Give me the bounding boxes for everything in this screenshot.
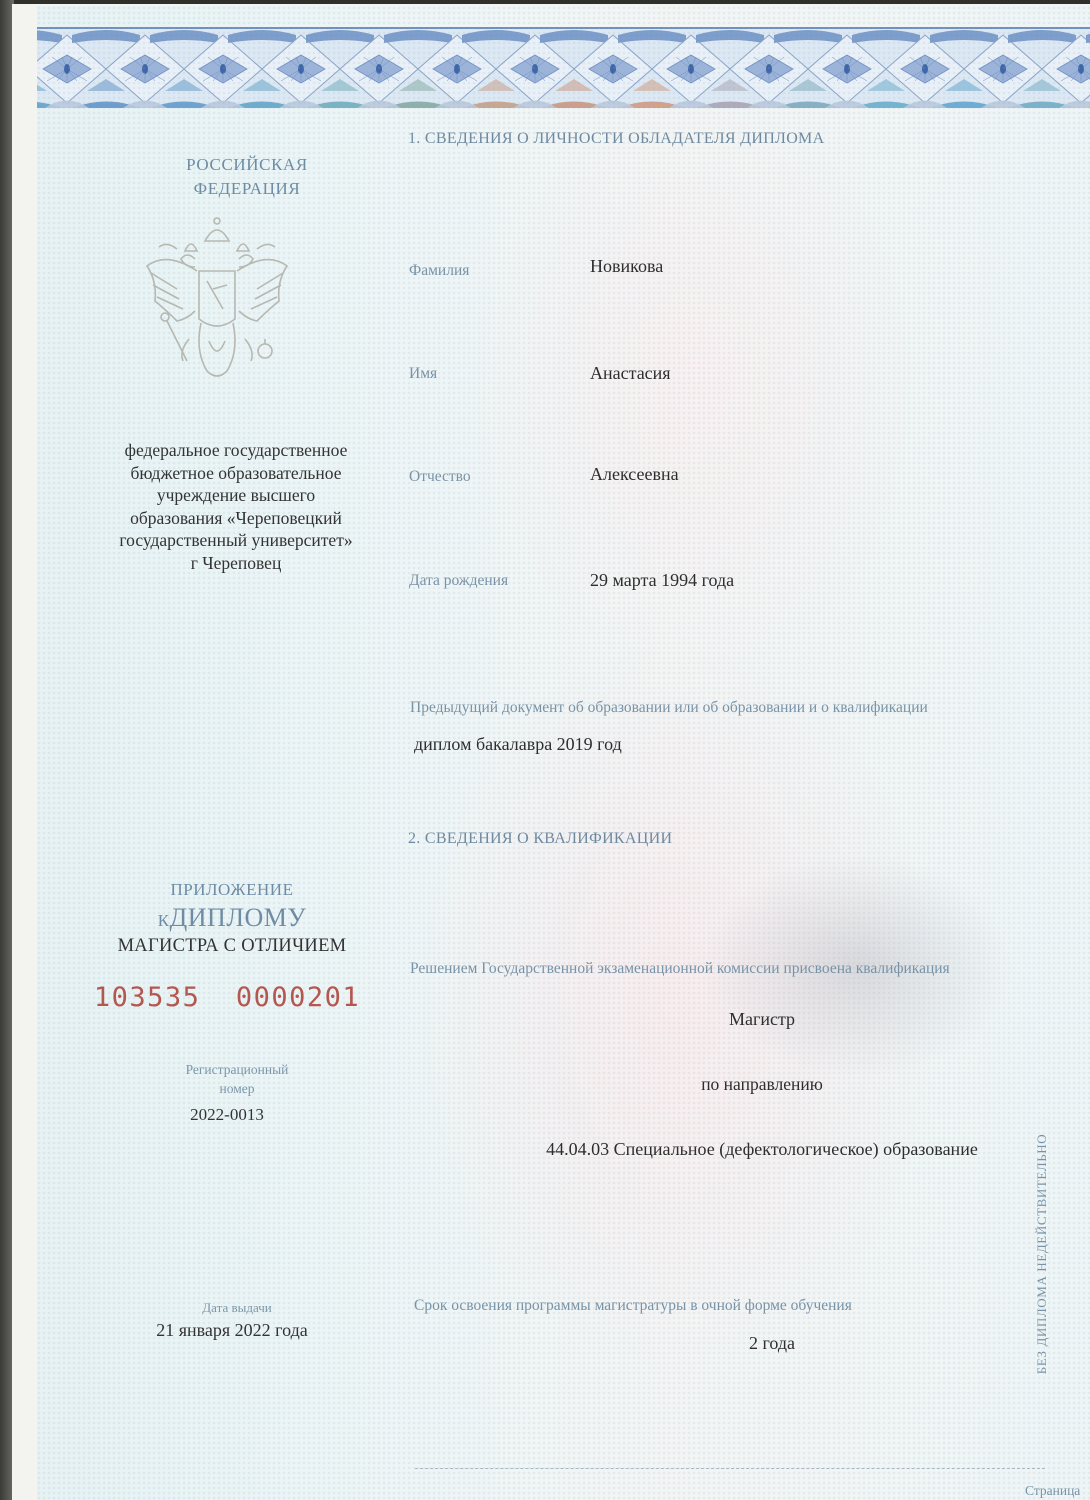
diploma-word: ДИПЛОМУ — [170, 903, 307, 932]
institution-line: образования «Череповецкий — [101, 507, 371, 530]
surname-value: Новикова — [590, 256, 663, 277]
coat-of-arms-icon — [137, 211, 297, 386]
to-prefix: К — [158, 911, 170, 930]
to-diploma-label: КДИПЛОМУ — [97, 903, 367, 933]
appendix-label: ПРИЛОЖЕНИЕ — [97, 880, 367, 900]
issue-date-label: Дата выдачи — [127, 1300, 347, 1316]
serial-number: 103535 0000201 — [67, 982, 387, 1013]
first-name-value: Анастасия — [590, 363, 671, 384]
previous-document-label: Предыдущий документ об образовании или о… — [410, 699, 928, 717]
diploma-supplement-page: РОССИЙСКАЯ ФЕДЕРАЦИЯ — [37, 6, 1090, 1500]
birth-date-label: Дата рождения — [409, 572, 508, 590]
institution-line: учреждение высшего — [101, 484, 371, 507]
registration-number: 2022-0013 — [127, 1105, 327, 1125]
institution-line: государственный университет» — [101, 529, 371, 552]
birth-date-value: 29 марта 1994 года — [590, 570, 734, 591]
direction-value: 44.04.03 Специальное (дефектологическое)… — [457, 1139, 1067, 1160]
country-line-1: РОССИЙСКАЯ — [127, 153, 367, 177]
diploma-kind: МАГИСТРА С ОТЛИЧИЕМ — [87, 936, 377, 957]
bottom-divider — [415, 1468, 1045, 1469]
first-name-label: Имя — [409, 365, 437, 383]
study-term-value: 2 года — [677, 1333, 867, 1354]
registration-number-label: Регистрационный номер — [127, 1060, 347, 1098]
section-1-title: 1. СВЕДЕНИЯ О ЛИЧНОСТИ ОБЛАДАТЕЛЯ ДИПЛОМ… — [408, 130, 824, 148]
country-name: РОССИЙСКАЯ ФЕДЕРАЦИЯ — [127, 153, 367, 201]
study-term-label: Срок освоения программы магистратуры в о… — [414, 1297, 852, 1315]
qualification-value: Магистр — [577, 1009, 947, 1030]
direction-label: по направлению — [577, 1074, 947, 1095]
guilloche-ornament-band — [37, 27, 1090, 108]
patronymic-value: Алексеевна — [590, 464, 679, 485]
institution-line: бюджетное образовательное — [101, 462, 371, 485]
country-line-2: ФЕДЕРАЦИЯ — [127, 177, 367, 201]
page-label: Страница — [1025, 1483, 1080, 1499]
guilloche-pattern-icon — [37, 29, 1090, 108]
section-2-title: 2. СВЕДЕНИЯ О КВАЛИФИКАЦИИ — [408, 830, 672, 848]
issue-date: 21 января 2022 года — [107, 1320, 357, 1341]
institution-line: федеральное государственное — [101, 439, 371, 462]
qualification-decision-label: Решением Государственной экзаменационной… — [410, 960, 950, 978]
institution-name: федеральное государственное бюджетное об… — [101, 439, 371, 574]
institution-city: г Череповец — [101, 552, 371, 575]
previous-document-value: диплом бакалавра 2019 год — [414, 734, 622, 755]
registration-label-line-1: Регистрационный — [127, 1060, 347, 1079]
registration-label-line-2: номер — [127, 1079, 347, 1098]
patronymic-label: Отчество — [409, 468, 471, 486]
validity-margin-note: БЕЗ ДИПЛОМА НЕДЕЙСТВИТЕЛЬНО — [1034, 1124, 1050, 1384]
surname-label: Фамилия — [409, 262, 469, 280]
